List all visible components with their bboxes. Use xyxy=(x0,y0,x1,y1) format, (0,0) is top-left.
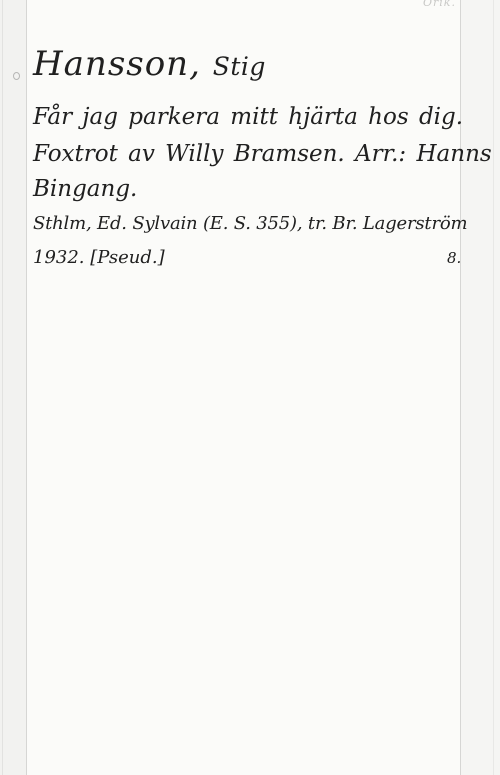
left-edge-line xyxy=(2,0,3,775)
imprint-line-1: Sthlm, Ed. Sylvain (E. S. 355), tr. Br. … xyxy=(33,213,467,235)
heading-given-name: Stig xyxy=(213,52,266,81)
pencil-annotation: Orik. xyxy=(423,0,456,9)
credit-line-2: Bingang. xyxy=(33,176,137,204)
work-title-line: Får jag parkera mitt hjärta hos dig. xyxy=(33,104,463,132)
left-rule-line xyxy=(26,0,27,775)
card-right-strip xyxy=(461,0,500,775)
imprint-line-2: 1932. [Pseud.] xyxy=(33,247,165,269)
entry-heading: Hansson, Stig xyxy=(33,44,266,85)
credit-line-1: Foxtrot av Willy Bramsen. Arr.: Hanns xyxy=(33,141,492,169)
scanned-catalog-card: Orik. Hansson, Stig Får jag parkera mitt… xyxy=(0,0,500,775)
page-number: 8. xyxy=(447,249,461,267)
right-edge-line xyxy=(493,0,494,775)
margin-circle-mark xyxy=(13,72,20,80)
card-left-gutter xyxy=(0,0,26,775)
heading-surname: Hansson, xyxy=(33,44,201,84)
